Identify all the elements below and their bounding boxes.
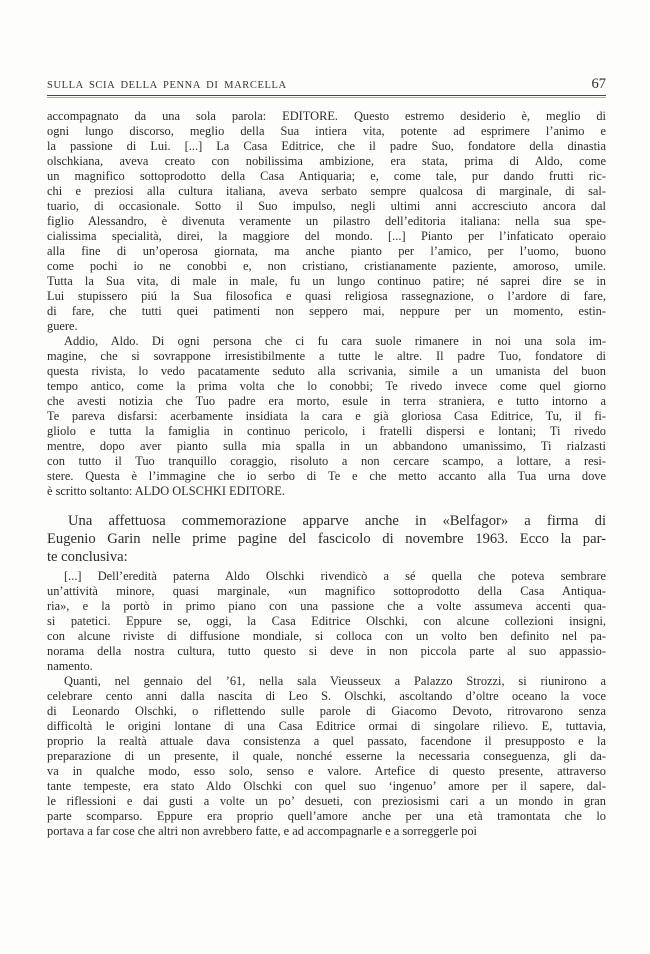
text-line: tante tempeste, era stato Aldo Olschki c… xyxy=(47,779,606,794)
text-line: [...] Dell’eredità paterna Aldo Olschki … xyxy=(47,569,606,584)
text-line: si patetici. Eppure se, oggi, la Casa Ed… xyxy=(47,614,606,629)
text-line: mentre, dopo aver pianto sulla mia spall… xyxy=(47,439,606,454)
text-line: è scritto soltanto: ALDO OLSCHKI EDITORE… xyxy=(47,484,606,499)
text-line: va in qualche modo, esso solo, senso e v… xyxy=(47,764,606,779)
page-number: 67 xyxy=(592,76,607,93)
text-line: le riflessioni e dai gusti a volte un po… xyxy=(47,794,606,809)
paragraph: Una affettuosa commemorazione apparve an… xyxy=(47,512,606,566)
paragraph: accompagnato da una sola parola: EDITORE… xyxy=(47,109,606,334)
text-line: proprio la realtà attuale dava consisten… xyxy=(47,734,606,749)
text-line: la passione di Lui. [...] La Casa Editri… xyxy=(47,139,606,154)
text-line: Lui stupissero piú la Sua filosofica e q… xyxy=(47,289,606,304)
text-line: Quanti, nel gennaio del ’61, nella sala … xyxy=(47,674,606,689)
text-line: ria», e la portò in primo piano con una … xyxy=(47,599,606,614)
text-line: guere. xyxy=(47,319,606,334)
text-line: di fare, che tutti quei patimenti non se… xyxy=(47,304,606,319)
text-line: tuario, di occasionale. Sotto il Suo imp… xyxy=(47,199,606,214)
text-line: Una affettuosa commemorazione apparve an… xyxy=(47,512,606,530)
text-line: celebrare cento anni dalla nascita di Le… xyxy=(47,689,606,704)
text-line: ogni lungo discorso, meglio della Sua in… xyxy=(47,124,606,139)
text-line: namento. xyxy=(47,659,606,674)
body-block: Una affettuosa commemorazione apparve an… xyxy=(47,512,606,566)
text-line: difficoltà le origini lontane di una Cas… xyxy=(47,719,606,734)
text-line: Tutta la Sua vita, di male in male, fu u… xyxy=(47,274,606,289)
text-line: tempo antico, come la prima volta che lo… xyxy=(47,379,606,394)
paragraph: [...] Dell’eredità paterna Aldo Olschki … xyxy=(47,569,606,674)
text-line: Te pareva disfarsi: acerbamente insidiat… xyxy=(47,409,606,424)
text-line: alla fine di un’operosa giornata, ma anc… xyxy=(47,244,606,259)
text-line: olschkiana, aveva creato con nobilissima… xyxy=(47,154,606,169)
text-line: che avesti notizia che Tuo padre era mor… xyxy=(47,394,606,409)
page-content: SULLA SCIA DELLA PENNA DI MARCELLA 67 ac… xyxy=(47,76,606,839)
quote-block: [...] Dell’eredità paterna Aldo Olschki … xyxy=(47,569,606,839)
paragraph: Quanti, nel gennaio del ’61, nella sala … xyxy=(47,674,606,839)
text-line: stere. Questa è l’immagine che io serbo … xyxy=(47,469,606,484)
text-line: chi e preziosi alla cultura italiana, av… xyxy=(47,184,606,199)
text-line: come pochi io ne conobbi e, non cristian… xyxy=(47,259,606,274)
text-line: un magnifico sottoprodotto della Casa An… xyxy=(47,169,606,184)
text-line: accompagnato da una sola parola: EDITORE… xyxy=(47,109,606,124)
text-line: di Leonardo Olschki, o riflettendo sulle… xyxy=(47,704,606,719)
quote-block: accompagnato da una sola parola: EDITORE… xyxy=(47,109,606,499)
text-line: portava a far cose che altri non avrebbe… xyxy=(47,824,606,839)
text-line: gliolo e tutta la famiglia in continuo p… xyxy=(47,424,606,439)
text-blocks: accompagnato da una sola parola: EDITORE… xyxy=(47,109,606,839)
text-line: Addio, Aldo. Di ogni persona che ci fu c… xyxy=(47,334,606,349)
text-line: un’attività minore, quasi marginale, «un… xyxy=(47,584,606,599)
text-line: preparazione di un presente, il quale, n… xyxy=(47,749,606,764)
text-line: te conclusiva: xyxy=(47,548,606,566)
text-line: parte scomparso. Eppure era proprio quel… xyxy=(47,809,606,824)
text-line: con tutto il Tuo tranquillo coraggio, ri… xyxy=(47,454,606,469)
paragraph: Addio, Aldo. Di ogni persona che ci fu c… xyxy=(47,334,606,499)
text-line: norama della nostra cultura, tutto quest… xyxy=(47,644,606,659)
scanned-book-page: SULLA SCIA DELLA PENNA DI MARCELLA 67 ac… xyxy=(0,0,650,954)
header-rule xyxy=(47,95,606,98)
running-header: SULLA SCIA DELLA PENNA DI MARCELLA 67 xyxy=(47,76,606,93)
text-line: Eugenio Garin nelle prime pagine del fas… xyxy=(47,530,606,548)
text-line: figlio Alessandro, è divenuta veramente … xyxy=(47,214,606,229)
text-line: con alcune riviste di diffusione mondial… xyxy=(47,629,606,644)
text-line: cialissima specialità, direi, la maggior… xyxy=(47,229,606,244)
text-line: questa rivista, lo vedo pacatamente sedu… xyxy=(47,364,606,379)
text-line: magine, che si sovrappone irresistibilme… xyxy=(47,349,606,364)
running-header-title: SULLA SCIA DELLA PENNA DI MARCELLA xyxy=(47,80,287,91)
